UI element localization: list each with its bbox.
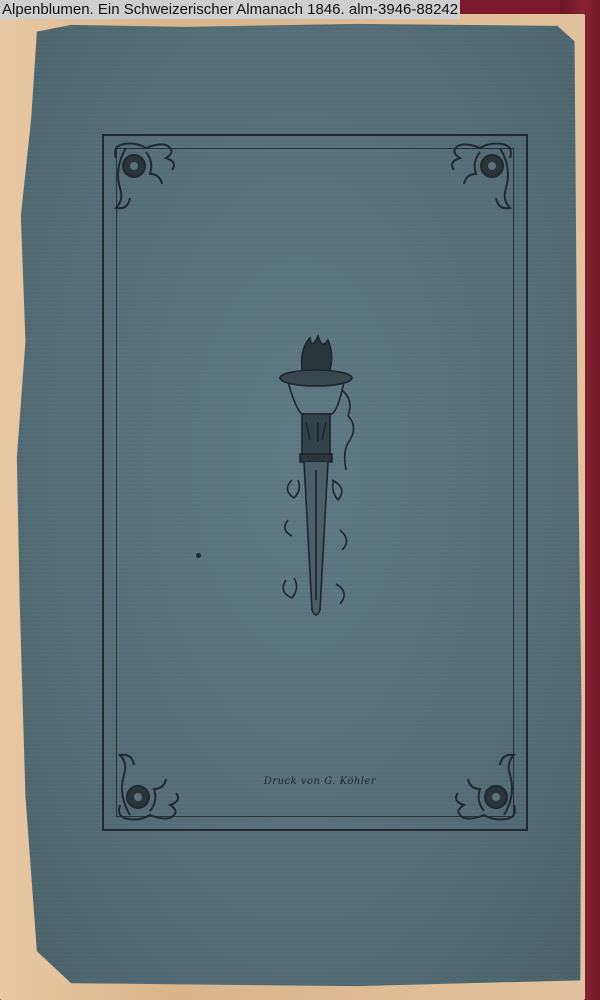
printer-imprint: Druck von G. Köhler	[230, 776, 410, 787]
corner-flourish-icon	[110, 745, 190, 825]
corner-flourish-icon	[106, 138, 186, 218]
image-caption: Alpenblumen. Ein Schweizerischer Almanac…	[0, 0, 460, 19]
corner-flourish-icon	[444, 745, 524, 825]
torch-ornament-icon	[272, 330, 364, 630]
corner-flourish-icon	[440, 138, 520, 218]
ink-spot	[196, 553, 201, 558]
